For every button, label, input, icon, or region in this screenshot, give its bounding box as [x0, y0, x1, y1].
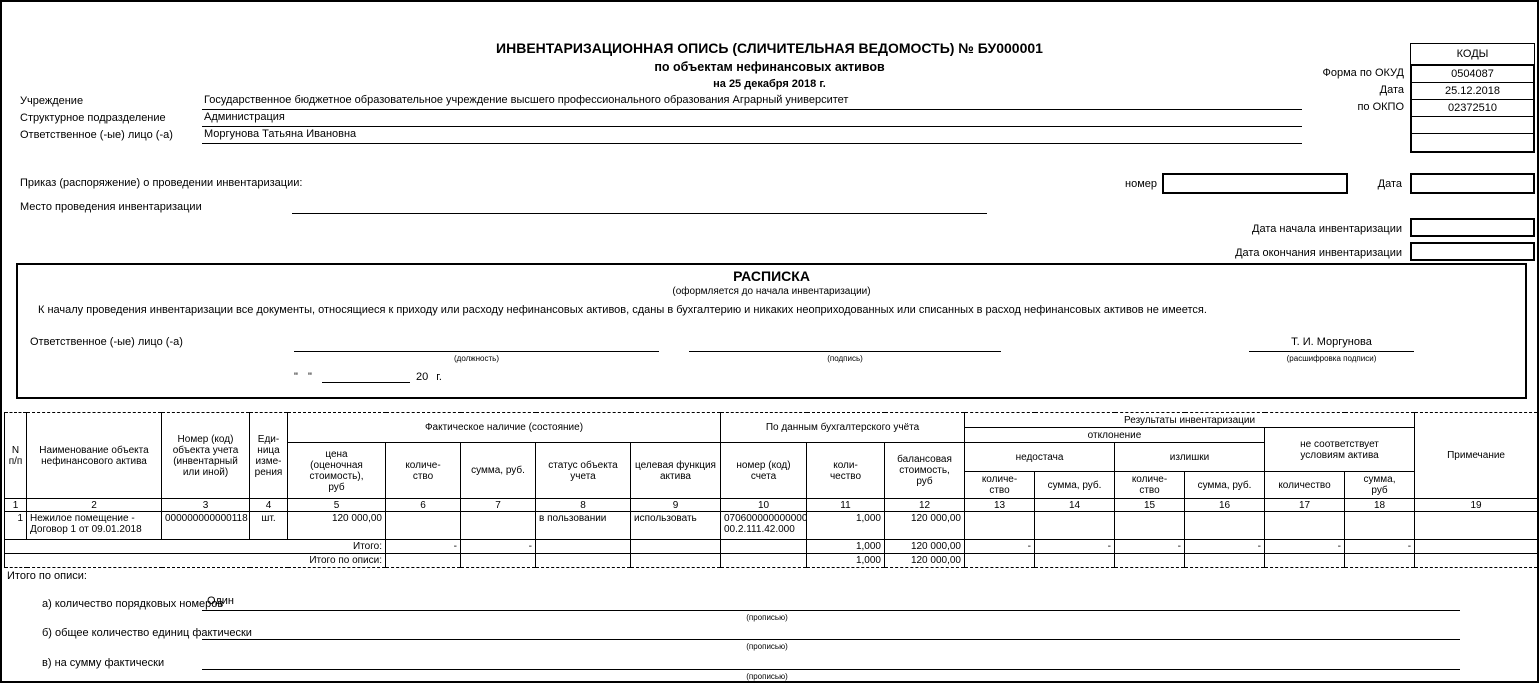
total-cell: - [1345, 540, 1415, 554]
cell-num: 1 [5, 512, 27, 540]
okpo-code: 02372510 [1412, 100, 1533, 117]
col-num: 13 [965, 499, 1035, 512]
signature-caption: (подпись) [689, 354, 1001, 363]
grand-total-cell [721, 554, 807, 568]
th-book-value: балансовая стоимость, руб [885, 443, 965, 499]
codes-value-box: 0504087 25.12.2018 02372510 [1410, 64, 1535, 153]
th-object-name: Наименование объекта нефинансового актив… [27, 413, 162, 499]
total-cell: - [1185, 540, 1265, 554]
total-cell [536, 540, 631, 554]
position-line [294, 336, 659, 352]
col-num: 12 [885, 499, 965, 512]
units-total-line [202, 624, 1460, 640]
th-group-deviation: отклонение [965, 428, 1265, 443]
total-cell: 120 000,00 [885, 540, 965, 554]
sum-total-label: в) на сумму фактически [42, 657, 164, 669]
cell-qty-book: 1,000 [807, 512, 885, 540]
th-mismatch-sum: сумма, руб [1345, 472, 1415, 499]
total-row-label: Итого: [5, 540, 386, 554]
signature-line [689, 336, 1001, 352]
cell-note [1415, 512, 1538, 540]
total-cell: - [461, 540, 536, 554]
th-group-actual: Фактическое наличие (состояние) [288, 413, 721, 443]
end-date-field [1410, 242, 1535, 261]
total-cell [721, 540, 807, 554]
th-group-surplus: излишки [1115, 443, 1265, 472]
th-shortage-sum: сумма, руб. [1035, 472, 1115, 499]
empty-code-cell [1412, 134, 1533, 151]
receipt-body: К началу проведения инвентаризации все д… [38, 304, 1505, 316]
receipt-subtitle: (оформляется до начала инвентаризации) [18, 286, 1525, 297]
receipt-date-line: " " 20 г. [294, 369, 442, 383]
col-num: 7 [461, 499, 536, 512]
name-caption: (расшифровка подписи) [1249, 354, 1414, 363]
cell-shortage-qty [965, 512, 1035, 540]
th-account: номер (код) счета [721, 443, 807, 499]
cell-shortage-sum [1035, 512, 1115, 540]
col-num: 2 [27, 499, 162, 512]
grand-total-cell [461, 554, 536, 568]
total-cell [1415, 540, 1538, 554]
th-surplus-sum: сумма, руб. [1185, 472, 1265, 499]
cell-object-code: 000000000000118 [162, 512, 250, 540]
signature-name: Т. И. Моргунова [1249, 336, 1414, 352]
grand-total-cell [1185, 554, 1265, 568]
serial-count-caption: (прописью) [202, 613, 1332, 622]
grand-total-cell [386, 554, 461, 568]
column-number-row: 1 2 3 4 5 6 7 8 9 10 11 12 13 14 15 16 1… [5, 499, 1538, 512]
grand-total-cell [536, 554, 631, 568]
order-date-label: Дата [1302, 178, 1402, 190]
start-date-field [1410, 218, 1535, 237]
inventory-table: N п/п Наименование объекта нефинансового… [4, 412, 1538, 568]
col-num: 17 [1265, 499, 1345, 512]
okud-label: Форма по ОКУД [1202, 67, 1404, 79]
close-quote: " [308, 371, 322, 383]
sum-total-line [202, 654, 1460, 670]
grand-total-cell [1035, 554, 1115, 568]
col-num: 15 [1115, 499, 1185, 512]
th-qty-actual: количе- ство [386, 443, 461, 499]
th-status: статус объекта учета [536, 443, 631, 499]
year-text: 20 [416, 371, 428, 383]
col-num: 14 [1035, 499, 1115, 512]
col-num: 18 [1345, 499, 1415, 512]
institution-label: Учреждение [20, 95, 83, 107]
col-num: 11 [807, 499, 885, 512]
cell-sum-actual [461, 512, 536, 540]
serial-count-line: Один [202, 595, 1460, 611]
th-group-accounting: По данным бухгалтерского учёта [721, 413, 965, 443]
cell-object-name: Нежилое помещение - Договор 1 от 09.01.2… [27, 512, 162, 540]
cell-mismatch-qty [1265, 512, 1345, 540]
grand-total-cell [1265, 554, 1345, 568]
codes-header-box: КОДЫ [1410, 43, 1535, 65]
th-group-shortage: недостача [965, 443, 1115, 472]
th-function: целевая функция актива [631, 443, 721, 499]
cell-mismatch-sum [1345, 512, 1415, 540]
place-label: Место проведения инвентаризации [20, 201, 202, 213]
grand-total-cell: 120 000,00 [885, 554, 965, 568]
cell-function: использовать [631, 512, 721, 540]
department-label: Структурное подразделение [20, 112, 166, 124]
year-suffix: г. [436, 371, 442, 383]
th-num: N п/п [5, 413, 27, 499]
end-date-label: Дата окончания инвентаризации [1002, 247, 1402, 259]
grand-total-cell [1345, 554, 1415, 568]
cell-surplus-qty [1115, 512, 1185, 540]
order-label: Приказ (распоряжение) о проведении инвен… [20, 177, 302, 189]
place-line [292, 198, 987, 214]
receipt-responsible-label: Ответственное (-ые) лицо (-а) [30, 336, 183, 348]
th-group-results: Результаты инвентаризации [965, 413, 1415, 428]
col-num: 9 [631, 499, 721, 512]
th-qty-book: коли- чество [807, 443, 885, 499]
cell-unit: шт. [250, 512, 288, 540]
col-num: 5 [288, 499, 386, 512]
document-page: ИНВЕНТАРИЗАЦИОННАЯ ОПИСЬ (СЛИЧИТЕЛЬНАЯ В… [0, 0, 1539, 683]
total-cell: - [965, 540, 1035, 554]
grand-total-cell [631, 554, 721, 568]
th-price: цена (оценочная стоимость), руб [288, 443, 386, 499]
sum-total-caption: (прописью) [202, 672, 1332, 681]
cell-price: 120 000,00 [288, 512, 386, 540]
day-month-line [322, 369, 410, 383]
total-cell: 1,000 [807, 540, 885, 554]
totals-section-title: Итого по описи: [7, 570, 87, 582]
date-code: 25.12.2018 [1412, 83, 1533, 100]
institution-value: Государственное бюджетное образовательно… [202, 94, 1302, 110]
cell-qty-actual [386, 512, 461, 540]
th-sum-actual: сумма, руб. [461, 443, 536, 499]
units-total-caption: (прописью) [202, 642, 1332, 651]
col-num: 19 [1415, 499, 1538, 512]
position-caption: (должность) [294, 354, 659, 363]
table-row: 1 Нежилое помещение - Договор 1 от 09.01… [5, 512, 1538, 540]
start-date-label: Дата начала инвентаризации [1002, 223, 1402, 235]
cell-account: 070600000000000 00.2.111.42.000 [721, 512, 807, 540]
responsible-label: Ответственное (-ые) лицо (-а) [20, 129, 173, 141]
total-cell: - [1265, 540, 1345, 554]
cell-book-value: 120 000,00 [885, 512, 965, 540]
grand-total-label: Итого по описи: [5, 554, 386, 568]
total-cell: - [386, 540, 461, 554]
empty-code-cell [1412, 117, 1533, 134]
total-cell [631, 540, 721, 554]
col-num: 1 [5, 499, 27, 512]
open-quote: " [294, 371, 308, 383]
grand-total-row: Итого по описи: 1,000 120 000,00 [5, 554, 1538, 568]
cell-surplus-sum [1185, 512, 1265, 540]
th-surplus-qty: количе- ство [1115, 472, 1185, 499]
serial-count-label: а) количество порядковых номеров [42, 598, 223, 610]
order-number-label: номер [1042, 178, 1157, 190]
th-mismatch-qty: количество [1265, 472, 1345, 499]
total-row: Итого: - - 1,000 120 000,00 - - - - - - [5, 540, 1538, 554]
okud-code: 0504087 [1412, 66, 1533, 83]
col-num: 4 [250, 499, 288, 512]
col-num: 3 [162, 499, 250, 512]
grand-total-cell [1415, 554, 1538, 568]
th-unit: Еди- ница изме- рения [250, 413, 288, 499]
total-cell: - [1035, 540, 1115, 554]
order-date-field [1410, 173, 1535, 194]
receipt-section: РАСПИСКА (оформляется до начала инвентар… [16, 263, 1527, 399]
receipt-title: РАСПИСКА [18, 268, 1525, 284]
grand-total-cell [965, 554, 1035, 568]
total-cell: - [1115, 540, 1185, 554]
col-num: 16 [1185, 499, 1265, 512]
th-shortage-qty: количе- ство [965, 472, 1035, 499]
responsible-value: Моргунова Татьяна Ивановна [202, 128, 1302, 144]
th-group-mismatch: не соответствует условиям актива [1265, 428, 1415, 472]
cell-status: в пользовании [536, 512, 631, 540]
grand-total-cell [1115, 554, 1185, 568]
document-title: ИНВЕНТАРИЗАЦИОННАЯ ОПИСЬ (СЛИЧИТЕЛЬНАЯ В… [2, 40, 1537, 56]
department-value: Администрация [202, 111, 1302, 127]
th-object-code: Номер (код) объекта учета (инвентарный и… [162, 413, 250, 499]
grand-total-cell: 1,000 [807, 554, 885, 568]
col-num: 10 [721, 499, 807, 512]
col-num: 6 [386, 499, 461, 512]
th-note: Примечание [1415, 413, 1538, 499]
col-num: 8 [536, 499, 631, 512]
